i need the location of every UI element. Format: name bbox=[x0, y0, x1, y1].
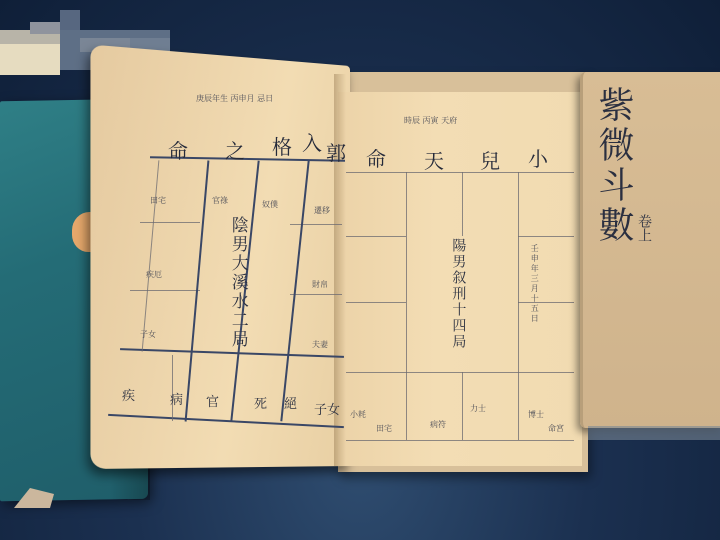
left-palace-2: 官祿 bbox=[212, 196, 228, 205]
right-bottom-3: 病符 bbox=[430, 420, 446, 429]
right-side-note: 壬申年三月十五日 bbox=[530, 244, 539, 324]
left-center-text: 陰男大溪水二局 bbox=[228, 216, 247, 349]
right-bottom-7: 博士 bbox=[528, 410, 544, 419]
right-header-char-1: 命 bbox=[366, 148, 386, 170]
book-title: 紫微斗數 bbox=[592, 86, 634, 246]
closed-book-pages-edge bbox=[588, 426, 720, 440]
left-palace-7: 子女 bbox=[140, 330, 156, 339]
left-header-char-1: 命 bbox=[168, 140, 188, 162]
left-header-notes: 庚辰年生 丙申月 忌日 bbox=[196, 94, 326, 103]
left-palace-8: 夫妻 bbox=[312, 340, 328, 349]
left-header-char-2: 之 bbox=[225, 140, 245, 162]
left-bottom-4: 死 bbox=[254, 398, 267, 412]
left-bottom-3: 官 bbox=[206, 396, 219, 410]
left-bottom-7: 子女 bbox=[314, 404, 340, 418]
left-bottom-1: 疾 bbox=[122, 390, 135, 404]
left-bottom-2: 病 bbox=[170, 394, 183, 408]
left-header-char-3: 格 bbox=[272, 136, 292, 158]
book-volume: 卷上 bbox=[634, 214, 654, 242]
right-header-notes: 時辰 丙寅 天府 bbox=[404, 116, 514, 125]
left-bottom-5: 絕 bbox=[284, 398, 297, 412]
right-header-char-4: 小 bbox=[528, 148, 548, 170]
right-bottom-8: 命宮 bbox=[548, 424, 564, 433]
right-bottom-2: 田宅 bbox=[376, 424, 392, 433]
left-palace-3: 奴僕 bbox=[262, 200, 278, 209]
left-palace-5: 疾厄 bbox=[146, 270, 162, 279]
left-header-char-5: 郭 bbox=[326, 142, 346, 164]
left-page bbox=[90, 44, 350, 469]
right-bottom-1: 小耗 bbox=[350, 410, 366, 419]
right-bottom-5: 力士 bbox=[470, 404, 486, 413]
left-palace-1: 田宅 bbox=[150, 196, 166, 205]
left-palace-6: 財帛 bbox=[312, 280, 328, 289]
right-header-char-2: 天 bbox=[424, 150, 444, 172]
right-header-char-3: 兒 bbox=[480, 150, 500, 172]
left-palace-4: 遷移 bbox=[314, 206, 330, 215]
right-center-text: 陽男叙刑十四局 bbox=[450, 238, 465, 350]
left-header-char-4: 入 bbox=[302, 132, 322, 154]
